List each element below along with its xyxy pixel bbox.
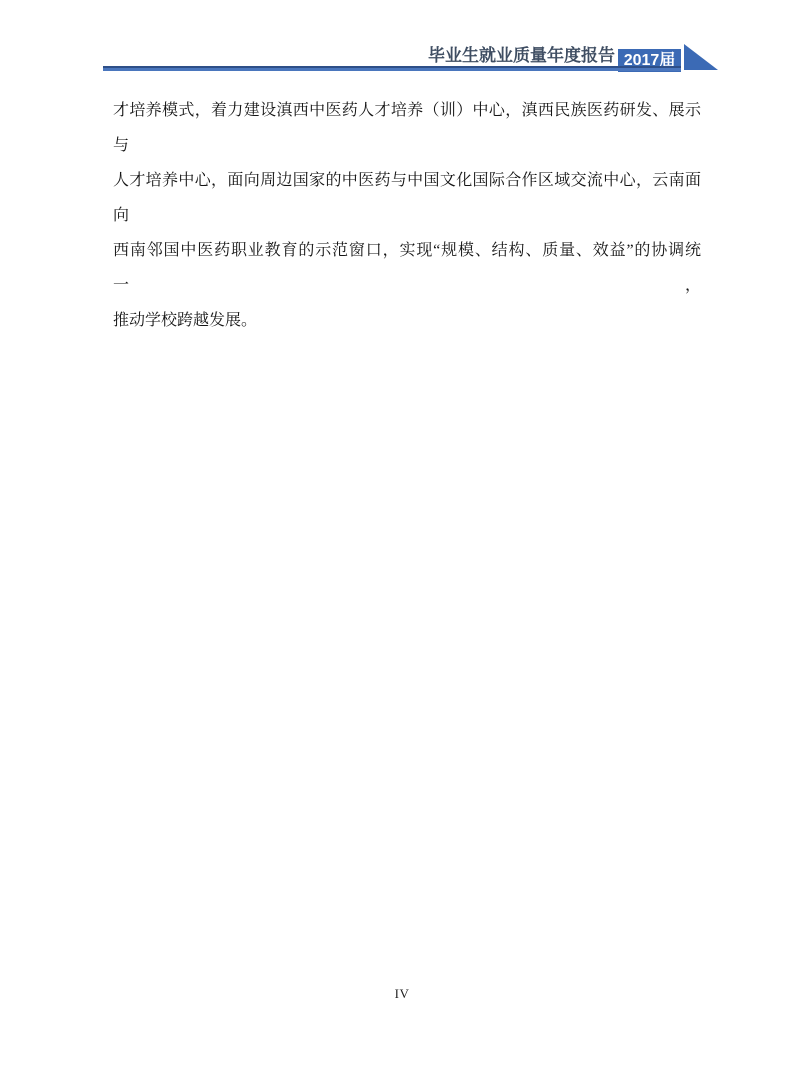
paragraph-line: 西南邻国中医药职业教育的示范窗口，实现“规模、结构、质量、效益”的协调统一， [113,233,701,303]
paragraph-line: 人才培养中心，面向周边国家的中医药与中国文化国际合作区域交流中心，云南面向 [113,163,701,233]
paragraph-block: 才培养模式，着力建设滇西中医药人才培养（训）中心，滇西民族医药研发、展示与 人才… [113,93,701,338]
paragraph-line: 推动学校跨越发展。 [113,303,701,338]
header-flag-triangle-icon [684,44,718,70]
header-title: 毕业生就业质量年度报告 [428,45,615,67]
header-rule-divider [103,66,681,71]
paragraph-line: 才培养模式，着力建设滇西中医药人才培养（训）中心，滇西民族医药研发、展示与 [113,93,701,163]
document-page: 毕业生就业质量年度报告 2017届 才培养模式，着力建设滇西中医药人才培养（训）… [0,0,793,1077]
page-number: IV [395,986,410,1002]
